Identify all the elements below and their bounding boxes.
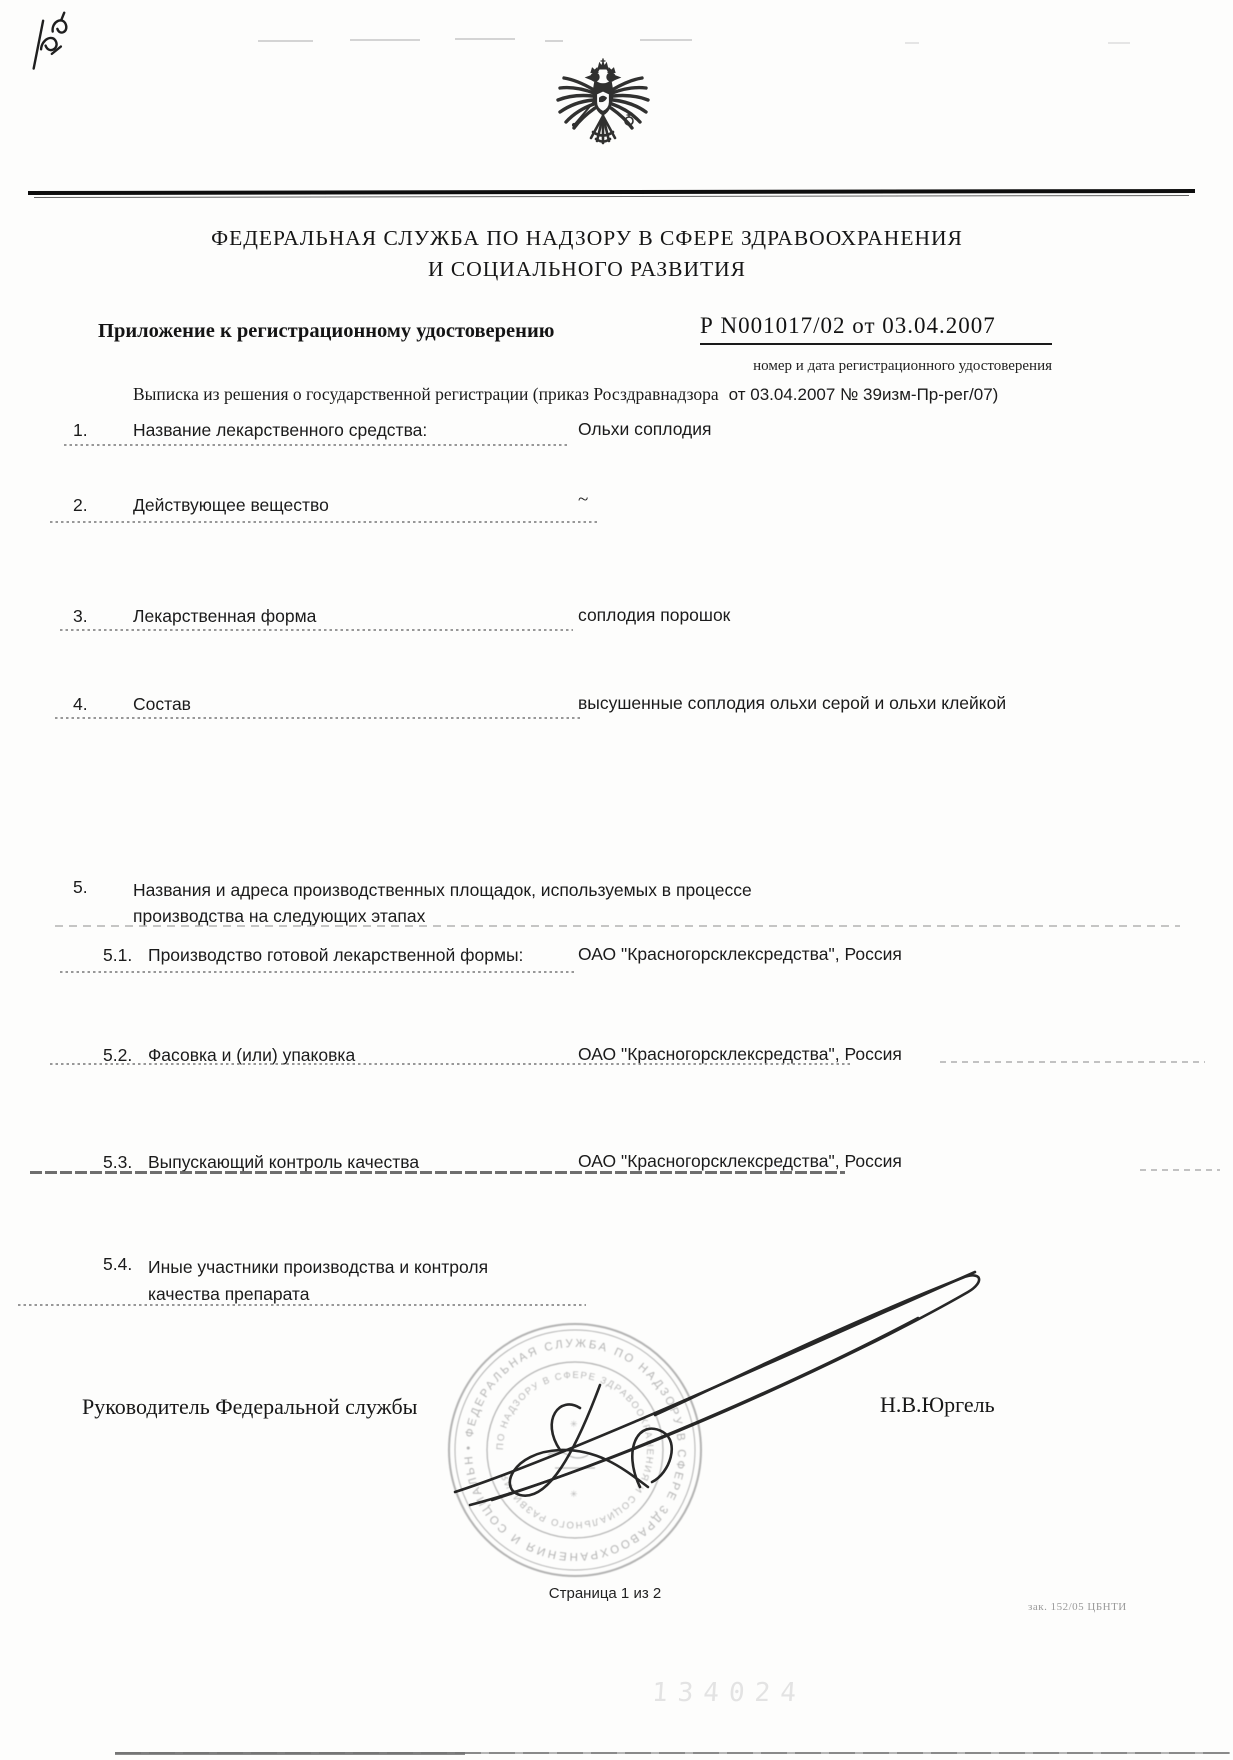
faint-stamp-digits: 134024 bbox=[651, 1678, 807, 1708]
item-value: ОАО "Красногорсклексредства", Россия bbox=[578, 1044, 902, 1065]
extract-order: от 03.04.2007 № 39изм-Пр-рег/07) bbox=[729, 385, 999, 404]
signature-strokes bbox=[400, 1240, 1040, 1530]
item-value: Ольхи соплодия bbox=[578, 419, 712, 440]
agency-title-line2: И СОЦИАЛЬНОГО РАЗВИТИЯ bbox=[137, 257, 1037, 282]
item-number: 5.1. bbox=[103, 945, 132, 966]
item-label: Действующее вещество bbox=[133, 495, 329, 516]
signer-name: Н.В.Юргель bbox=[880, 1392, 995, 1418]
coat-of-arms-icon bbox=[553, 58, 653, 170]
attachment-label: Приложение к регистрационному удостовере… bbox=[98, 320, 554, 343]
scan-artifact bbox=[640, 39, 692, 41]
letterhead-rule-secondary bbox=[34, 195, 1189, 198]
item-value: ОАО "Красногорсклексредства", Россия bbox=[578, 944, 902, 965]
scan-artifact bbox=[258, 40, 313, 42]
scan-artifact bbox=[545, 40, 563, 42]
item-label: Состав bbox=[133, 694, 191, 715]
signer-title: Руководитель Федеральной службы bbox=[82, 1394, 417, 1420]
scan-artifact bbox=[455, 38, 515, 40]
certificate-number-caption: номер и дата регистрационного удостовере… bbox=[600, 358, 1052, 375]
handwritten-mark bbox=[20, 8, 80, 74]
item-number: 5.3. bbox=[103, 1152, 132, 1173]
item-number: 4. bbox=[73, 694, 88, 715]
agency-title-line1: ФЕДЕРАЛЬНАЯ СЛУЖБА ПО НАДЗОРУ В СФЕРЕ ЗД… bbox=[137, 226, 1037, 251]
dotted-underline bbox=[55, 717, 580, 719]
extract-line: Выписка из решения о государственной рег… bbox=[133, 384, 998, 405]
dotted-underline bbox=[64, 444, 570, 446]
item-label: Производство готовой лекарственной формы… bbox=[148, 945, 523, 966]
item-value: ОАО "Красногорсклексредства", Россия bbox=[578, 1151, 902, 1172]
dotted-underline bbox=[50, 1063, 850, 1065]
scan-artifact bbox=[1108, 42, 1130, 44]
item-number: 1. bbox=[73, 420, 88, 441]
certificate-number: Р N001017/02 от 03.04.2007 bbox=[700, 313, 1052, 345]
dotted-underline bbox=[60, 971, 575, 973]
solid-underline bbox=[30, 1171, 845, 1174]
scan-artifact bbox=[350, 39, 420, 41]
item-label: Лекарственная форма bbox=[133, 606, 316, 627]
item-value: высушенные соплодия ольхи серой и ольхи … bbox=[578, 693, 1006, 714]
item-number: 5.4. bbox=[103, 1254, 132, 1275]
dotted-underline bbox=[60, 629, 573, 631]
item-number: 5. bbox=[73, 877, 88, 898]
item-number: 2. bbox=[73, 495, 88, 516]
dotted-underline bbox=[50, 521, 600, 523]
scan-artifact bbox=[905, 42, 919, 44]
scan-edge-line-dark bbox=[115, 1752, 465, 1755]
item-value: соплодия порошок bbox=[578, 605, 730, 626]
page-indicator: Страница 1 из 2 bbox=[500, 1585, 710, 1602]
print-code: зак. 152/05 ЦБНТИ bbox=[1028, 1601, 1127, 1613]
item-value: ~ bbox=[578, 489, 588, 511]
dashed-underline bbox=[55, 925, 1180, 927]
scanned-document-page: ФЕДЕРАЛЬНАЯ СЛУЖБА ПО НАДЗОРУ В СФЕРЕ ЗД… bbox=[0, 0, 1233, 1760]
faint-underline bbox=[1140, 1169, 1220, 1171]
faint-underline bbox=[940, 1061, 1205, 1063]
item-number: 3. bbox=[73, 606, 88, 627]
letterhead-rule bbox=[28, 189, 1195, 195]
extract-text: Выписка из решения о государственной рег… bbox=[133, 384, 719, 404]
item-label: Названия и адреса производственных площа… bbox=[133, 877, 783, 929]
item-label: Название лекарственного средства: bbox=[133, 420, 427, 441]
item-label: Выпускающий контроль качества bbox=[148, 1152, 419, 1173]
